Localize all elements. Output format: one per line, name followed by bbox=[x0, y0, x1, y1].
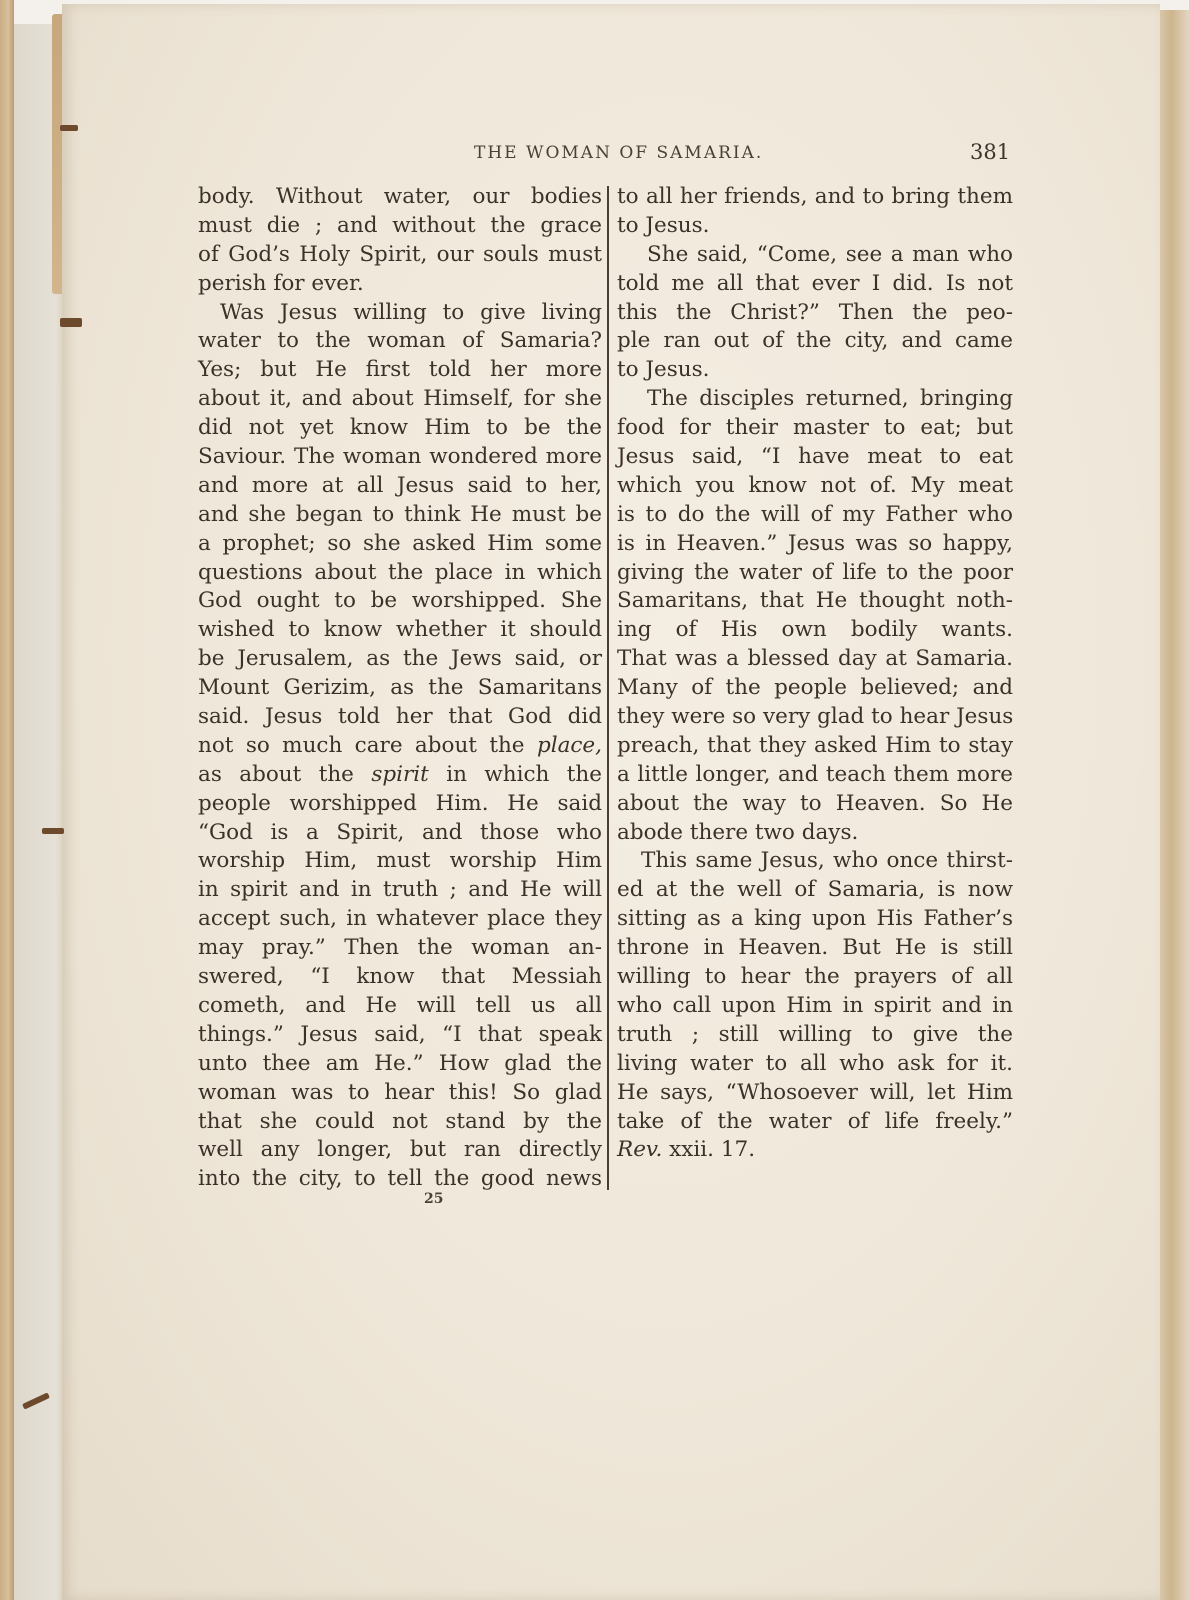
text-line: ed at the well of Samaria, is now bbox=[617, 876, 1013, 905]
text-line: must die ; and without the grace bbox=[198, 212, 602, 241]
text-line: throne in Heaven. But He is still bbox=[617, 934, 1013, 963]
text-line: which you know not of. My meat bbox=[617, 472, 1013, 501]
text-line: that she could not stand by the bbox=[198, 1108, 602, 1137]
text-line: The disciples returned, bringing bbox=[617, 385, 1013, 414]
text-line: This same Jesus, who once thirst- bbox=[617, 847, 1013, 876]
text-line: of God’s Holy Spirit, our souls must bbox=[198, 241, 602, 270]
text-line: Samaritans, that He thought noth- bbox=[617, 587, 1013, 616]
text-line: who call upon Him in spirit and in bbox=[617, 992, 1013, 1021]
text-line: willing to hear the prayers of all bbox=[617, 963, 1013, 992]
text-line: to Jesus. bbox=[617, 212, 1013, 241]
text-line: Jesus said, “I have meat to eat bbox=[617, 443, 1013, 472]
text-line: cometh, and He will tell us all bbox=[198, 992, 602, 1021]
text-line: woman was to hear this! So glad bbox=[198, 1079, 602, 1108]
page-edge-right bbox=[1160, 10, 1189, 1600]
text-line: giving the water of life to the poor bbox=[617, 559, 1013, 588]
text-line: abode there two days. bbox=[617, 819, 1013, 848]
text-line: swered, “I know that Messiah bbox=[198, 963, 602, 992]
text-line: worship Him, must worship Him bbox=[198, 847, 602, 876]
text-line: about the way to Heaven. So He bbox=[617, 790, 1013, 819]
text-line: to all her friends, and to bring them bbox=[617, 183, 1013, 212]
text-run: as about the bbox=[198, 762, 354, 787]
text-line: unto thee am He.” How glad the bbox=[198, 1050, 602, 1079]
signature-mark: 25 bbox=[424, 1191, 443, 1207]
text-line: well any longer, but ran directly bbox=[198, 1136, 602, 1165]
text-line: Was Jesus willing to give living bbox=[198, 299, 602, 328]
text-line-with-italic: not so much care about the place, bbox=[198, 732, 602, 761]
text-line: body. Without water, our bodies bbox=[198, 183, 602, 212]
text-line: said. Jesus told her that God did bbox=[198, 703, 602, 732]
text-line: water to the woman of Samaria? bbox=[198, 327, 602, 356]
text-run: not so much care about the bbox=[198, 733, 525, 758]
text-line: did not yet know Him to be the bbox=[198, 414, 602, 443]
text-line: things.” Jesus said, “I that speak bbox=[198, 1021, 602, 1050]
text-line: living water to all who ask for it. bbox=[617, 1050, 1013, 1079]
text-line: be Jerusalem, as the Jews said, or bbox=[198, 645, 602, 674]
binding-thread-mark bbox=[60, 125, 78, 131]
text-line: She said, “Come, see a man who bbox=[617, 241, 1013, 270]
left-column: body. Without water, our bodies must die… bbox=[198, 183, 602, 1194]
text-line: preach, that they asked Him to stay bbox=[617, 732, 1013, 761]
italic-word-spirit: spirit bbox=[371, 762, 428, 787]
text-line: they were so very glad to hear Jesus bbox=[617, 703, 1013, 732]
book-spine-edge bbox=[0, 0, 14, 1600]
binding-thread-mark bbox=[42, 828, 64, 834]
text-line: food for their master to eat; but bbox=[617, 414, 1013, 443]
text-line: Mount Gerizim, as the Samaritans bbox=[198, 674, 602, 703]
text-line: to Jesus. bbox=[617, 356, 1013, 385]
text-line: perish for ever. bbox=[198, 270, 602, 299]
text-line: a prophet; so she asked Him some bbox=[198, 530, 602, 559]
column-divider-rule bbox=[607, 186, 609, 1190]
text-line: told me all that ever I did. Is not bbox=[617, 270, 1013, 299]
scripture-citation: Rev. xxii. 17. bbox=[617, 1136, 1013, 1165]
text-line: this the Christ?” Then the peo- bbox=[617, 299, 1013, 328]
text-line: He says, “Whosoever will, let Him bbox=[617, 1079, 1013, 1108]
text-line: sitting as a king upon His Father’s bbox=[617, 905, 1013, 934]
text-line: wished to know whether it should bbox=[198, 616, 602, 645]
citation-reference: xxii. 17. bbox=[662, 1137, 755, 1162]
text-line: Many of the people believed; and bbox=[617, 674, 1013, 703]
binding-thread-mark bbox=[60, 318, 82, 327]
text-line: in spirit and in truth ; and He will bbox=[198, 876, 602, 905]
text-line: God ought to be worshipped. She bbox=[198, 587, 602, 616]
text-line: That was a blessed day at Samaria. bbox=[617, 645, 1013, 674]
text-line: and more at all Jesus said to her, bbox=[198, 472, 602, 501]
text-line: Yes; but He first told her more bbox=[198, 356, 602, 385]
text-line: may pray.” Then the woman an- bbox=[198, 934, 602, 963]
text-line: questions about the place in which bbox=[198, 559, 602, 588]
text-line: ing of His own bodily wants. bbox=[617, 616, 1013, 645]
italic-word-place: place, bbox=[537, 733, 602, 758]
text-line: accept such, in whatever place they bbox=[198, 905, 602, 934]
citation-book: Rev. bbox=[617, 1137, 662, 1162]
text-line: take of the water of life freely.” bbox=[617, 1108, 1013, 1137]
right-column: to all her friends, and to bring them to… bbox=[617, 183, 1013, 1165]
text-line: people worshipped Him. He said bbox=[198, 790, 602, 819]
text-line: and she began to think He must be bbox=[198, 501, 602, 530]
text-line: about it, and about Himself, for she bbox=[198, 385, 602, 414]
text-line-with-italic: as about the spirit in which the bbox=[198, 761, 602, 790]
text-line: truth ; still willing to give the bbox=[617, 1021, 1013, 1050]
text-line: is in Heaven.” Jesus was so happy, bbox=[617, 530, 1013, 559]
page-number: 381 bbox=[970, 140, 1010, 164]
text-line: Saviour. The woman wondered more bbox=[198, 443, 602, 472]
text-line: is to do the will of my Father who bbox=[617, 501, 1013, 530]
text-run: in which the bbox=[446, 762, 602, 787]
running-head: THE WOMAN OF SAMARIA. bbox=[474, 143, 763, 163]
text-line: “God is a Spirit, and those who bbox=[198, 819, 602, 848]
text-line: into the city, to tell the good news bbox=[198, 1165, 602, 1194]
text-line: a little longer, and teach them more bbox=[617, 761, 1013, 790]
text-line: ple ran out of the city, and came bbox=[617, 327, 1013, 356]
